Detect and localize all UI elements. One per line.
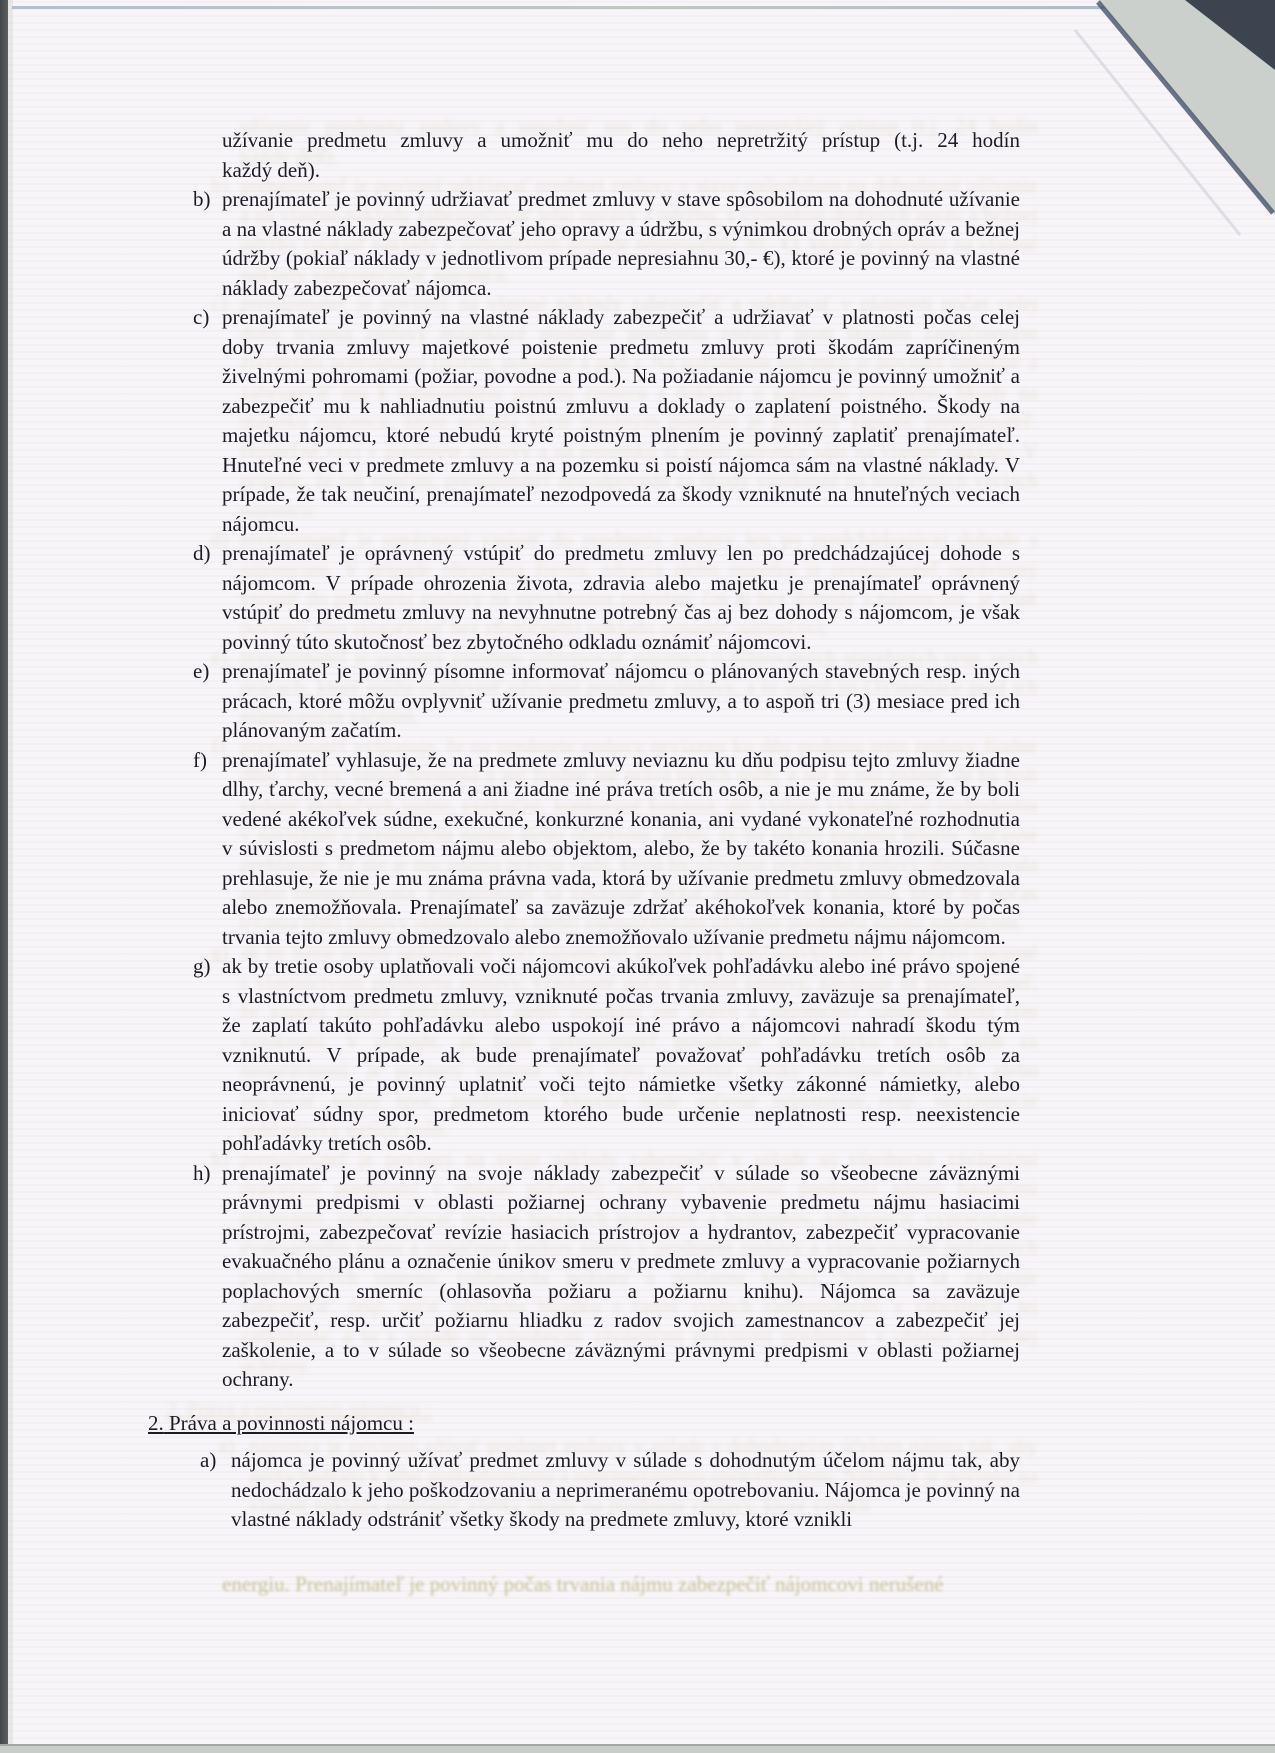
clause-text: prenajímateľ je povinný na svoje náklady… bbox=[222, 1159, 1020, 1395]
clause-d: d) prenajímateľ je oprávnený vstúpiť do … bbox=[193, 539, 1020, 657]
scan-edge-left-light bbox=[8, 0, 13, 1753]
section-2-heading: 2. Práva a povinnosti nájomcu : bbox=[148, 1409, 1028, 1439]
clause-letter: g) bbox=[193, 952, 222, 1159]
clause-b: b) prenajímateľ je povinný udržiavať pre… bbox=[193, 185, 1020, 303]
clause-letter: b) bbox=[193, 185, 222, 303]
clause-letter: c) bbox=[193, 303, 222, 539]
clause-text: prenajímateľ vyhlasuje, že na predmete z… bbox=[222, 746, 1020, 953]
clause-text: nájomca je povinný užívať predmet zmluvy… bbox=[231, 1446, 1020, 1535]
clause-text: prenajímateľ je povinný udržiavať predme… bbox=[222, 185, 1020, 303]
clause-letter: e) bbox=[193, 657, 222, 746]
clause-text: prenajímateľ je povinný písomne informov… bbox=[222, 657, 1020, 746]
page-corner-fold bbox=[1015, 0, 1275, 260]
document-text-column: užívanie predmetu zmluvy a umožniť mu do… bbox=[148, 126, 1028, 1535]
clause-g: g) ak by tretie osoby uplatňovali voči n… bbox=[193, 952, 1020, 1159]
clause-h: h) prenajímateľ je povinný na svoje nákl… bbox=[193, 1159, 1020, 1395]
clause-e: e) prenajímateľ je povinný písomne infor… bbox=[193, 657, 1020, 746]
intro-line-2: každý deň). bbox=[222, 156, 1020, 186]
clause-letter: f) bbox=[193, 746, 222, 953]
clause-letter: d) bbox=[193, 539, 222, 657]
clause-c: c) prenajímateľ je povinný na vlastné ná… bbox=[193, 303, 1020, 539]
scan-edge-left bbox=[0, 0, 8, 1753]
clause-f: f) prenajímateľ vyhlasuje, že na predmet… bbox=[193, 746, 1020, 953]
clause-letter: a) bbox=[200, 1446, 231, 1535]
clause-text: prenajímateľ je povinný na vlastné nákla… bbox=[222, 303, 1020, 539]
intro-line-1: užívanie predmetu zmluvy a umožniť mu do… bbox=[222, 126, 1020, 156]
section-2-number: 2. bbox=[148, 1411, 164, 1435]
scanned-contract-page: užívanie predmetu zmluvy a umožniť mu do… bbox=[0, 0, 1275, 1753]
scan-edge-bottom bbox=[0, 1744, 1275, 1753]
clause-a-continuation: užívanie predmetu zmluvy a umožniť mu do… bbox=[222, 126, 1020, 185]
section-2-title: Práva a povinnosti nájomcu : bbox=[169, 1411, 414, 1435]
clause-text: prenajímateľ je oprávnený vstúpiť do pre… bbox=[222, 539, 1020, 657]
clause-letter: h) bbox=[193, 1159, 222, 1395]
clause-text: ak by tretie osoby uplatňovali voči nájo… bbox=[222, 952, 1020, 1159]
clause-2a: a) nájomca je povinný užívať predmet zml… bbox=[200, 1446, 1020, 1535]
